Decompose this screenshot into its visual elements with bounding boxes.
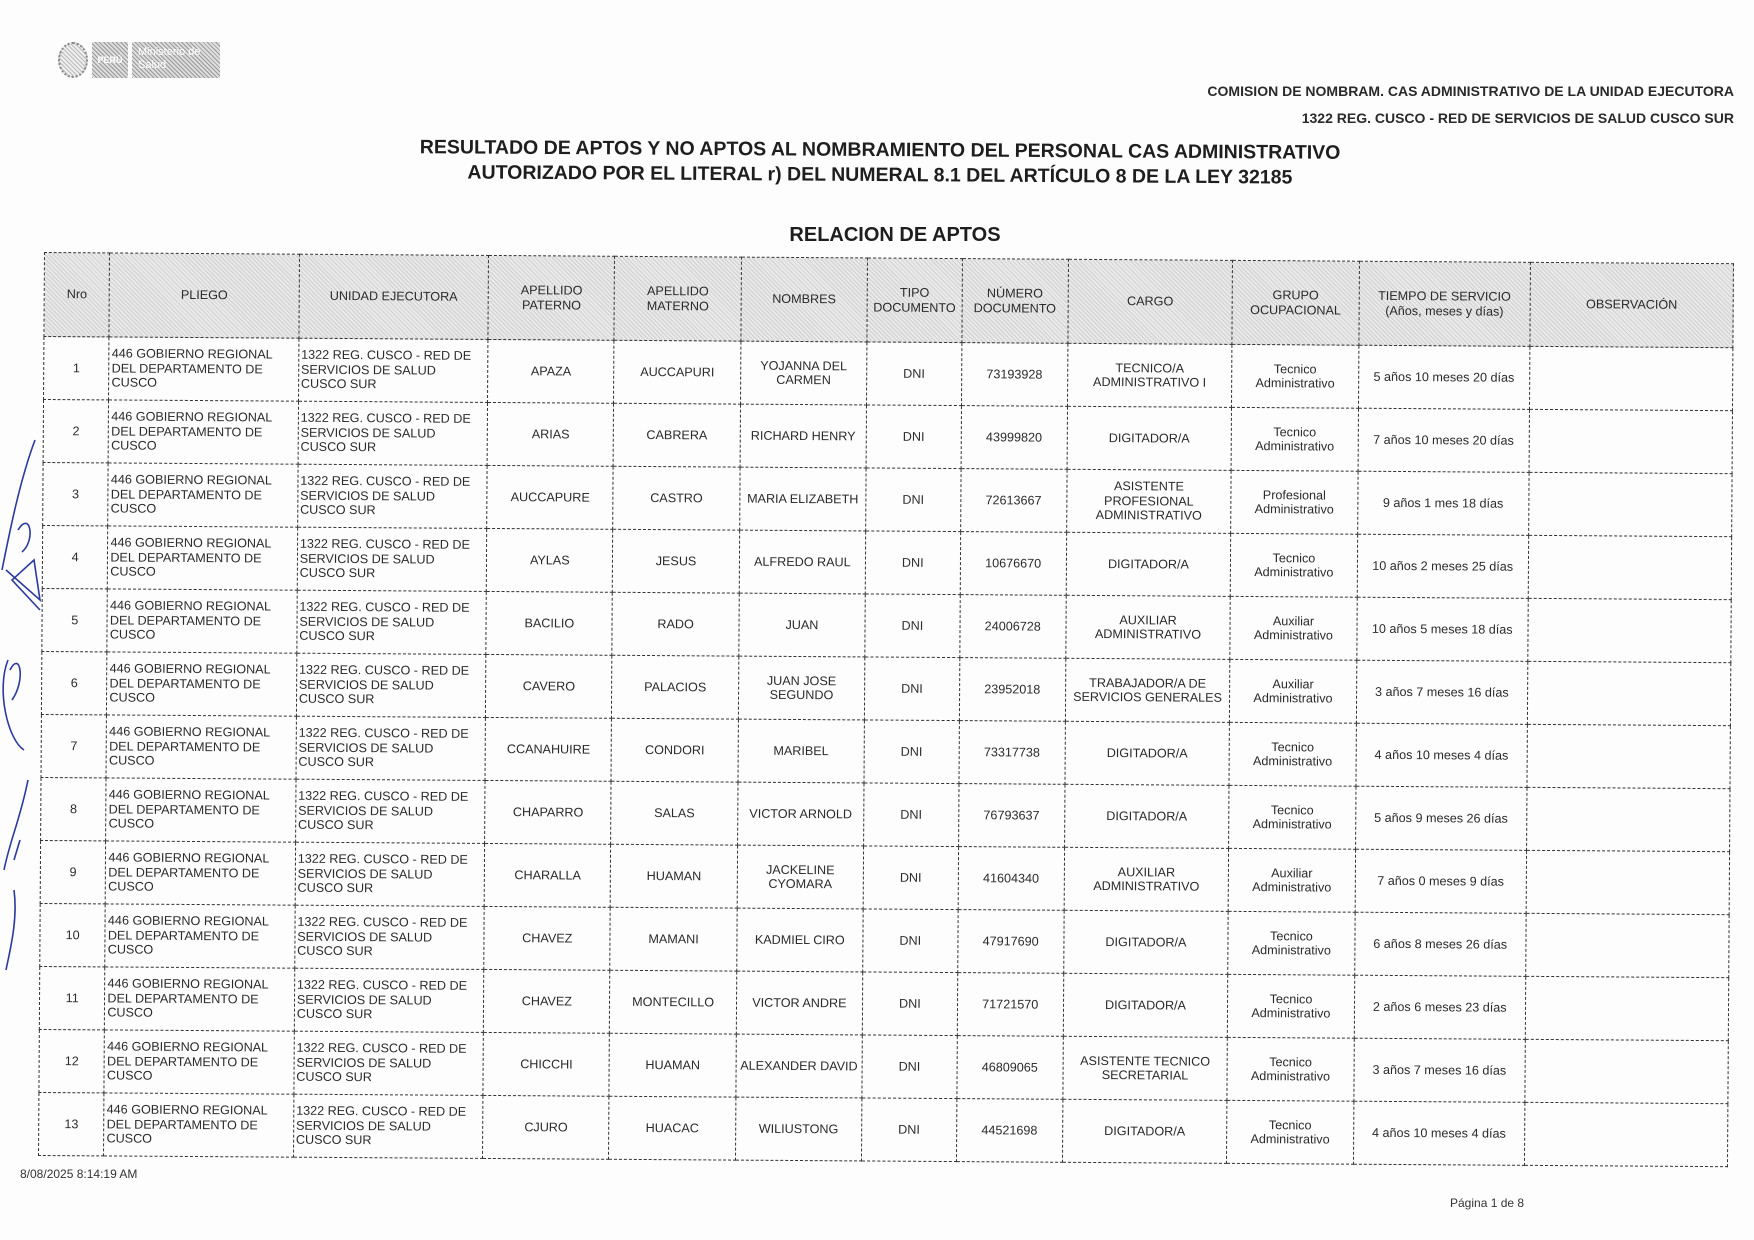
table-cell xyxy=(1527,787,1730,851)
table-cell: MONTECILLO xyxy=(610,970,737,1034)
table-cell: CHICCHI xyxy=(483,1032,610,1096)
table-cell: Auxiliar Administrativo xyxy=(1230,659,1357,723)
table-cell xyxy=(1526,850,1729,914)
table-cell: RADO xyxy=(612,592,739,656)
table-cell: CJURO xyxy=(483,1095,610,1159)
coat-of-arms-icon xyxy=(58,42,88,78)
table-header-row: NroPLIEGOUNIDAD EJECUTORAAPELLIDO PATERN… xyxy=(44,253,1734,348)
table-cell: CHAPARRO xyxy=(485,780,612,844)
table-cell: DNI xyxy=(862,972,957,1036)
column-header: CARGO xyxy=(1068,259,1233,344)
table-cell: 7 años 0 meses 9 días xyxy=(1355,849,1527,913)
table-cell: TECNICO/A ADMINISTRATIVO I xyxy=(1067,343,1232,407)
table-cell: 10 xyxy=(40,903,106,966)
table-cell: 10 años 5 meses 18 días xyxy=(1356,597,1528,661)
table-cell: 1322 REG. CUSCO - RED DE SERVICIOS DE SA… xyxy=(298,338,488,402)
table-cell: 76793637 xyxy=(958,784,1064,848)
column-header: OBSERVACIÓN xyxy=(1530,262,1734,347)
table-cell xyxy=(1525,1039,1728,1103)
table-cell: 5 años 10 meses 20 días xyxy=(1358,345,1530,409)
print-timestamp: 8/08/2025 8:14:19 AM xyxy=(20,1167,137,1181)
column-header: Nro xyxy=(44,253,110,337)
commission-line-1: COMISION DE NOMBRAM. CAS ADMINISTRATIVO … xyxy=(1207,78,1734,105)
table-cell: MAMANI xyxy=(610,907,737,971)
table-cell: 446 GOBIERNO REGIONAL DEL DEPARTAMENTO D… xyxy=(109,337,299,401)
table-cell: 3 xyxy=(43,462,109,525)
table-cell: CHARALLA xyxy=(484,843,611,907)
table-row: 9446 GOBIERNO REGIONAL DEL DEPARTAMENTO … xyxy=(40,840,1729,914)
column-header: GRUPO OCUPACIONAL xyxy=(1232,260,1359,345)
table-cell: 446 GOBIERNO REGIONAL DEL DEPARTAMENTO D… xyxy=(107,652,297,716)
table-cell: MARIBEL xyxy=(738,719,865,783)
table-cell: 2 años 6 meses 23 días xyxy=(1354,975,1526,1039)
table-cell: JUAN xyxy=(739,593,866,657)
table-cell: 446 GOBIERNO REGIONAL DEL DEPARTAMENTO D… xyxy=(106,841,296,905)
table-cell: Tecnico Administrativo xyxy=(1229,722,1356,786)
column-header: PLIEGO xyxy=(109,253,299,338)
table-cell: 1322 REG. CUSCO - RED DE SERVICIOS DE SA… xyxy=(295,842,485,906)
table-cell: ALFREDO RAUL xyxy=(739,530,866,594)
table-cell: ASISTENTE TECNICO SECRETARIAL xyxy=(1063,1036,1228,1100)
table-cell: 446 GOBIERNO REGIONAL DEL DEPARTAMENTO D… xyxy=(104,1030,294,1094)
section-subtitle: RELACION DE APTOS xyxy=(0,224,1754,247)
table-cell: 73193928 xyxy=(961,343,1067,407)
table-cell: 47917690 xyxy=(957,910,1063,974)
table-cell: DNI xyxy=(863,846,958,910)
column-header: APELLIDO MATERNO xyxy=(614,256,741,341)
table-row: 1446 GOBIERNO REGIONAL DEL DEPARTAMENTO … xyxy=(44,337,1733,411)
table-cell: 3 años 7 meses 16 días xyxy=(1356,660,1528,724)
table-cell xyxy=(1525,976,1728,1040)
table-cell: 5 xyxy=(42,588,108,651)
table-cell: DNI xyxy=(865,594,960,658)
table-cell: 4 años 10 meses 4 días xyxy=(1353,1101,1525,1165)
table-cell: 13 xyxy=(39,1092,105,1155)
table-cell: PALACIOS xyxy=(612,655,739,719)
table-cell xyxy=(1527,724,1730,788)
table-cell: 6 xyxy=(41,651,107,714)
table-cell: KADMIEL CIRO xyxy=(736,908,863,972)
table-cell: 10 años 2 meses 25 días xyxy=(1357,534,1529,598)
table-cell: AUCCAPURI xyxy=(614,340,741,404)
table-cell: HUAMAN xyxy=(609,1033,736,1097)
table-cell: Profesional Administrativo xyxy=(1231,470,1358,534)
column-header: NÚMERO DOCUMENTO xyxy=(962,259,1069,344)
logo-country: PERÚ xyxy=(92,42,128,78)
title-line-2: AUTORIZADO POR EL LITERAL r) DEL NUMERAL… xyxy=(330,160,1430,192)
table-body: 1446 GOBIERNO REGIONAL DEL DEPARTAMENTO … xyxy=(39,337,1733,1167)
commission-header: COMISION DE NOMBRAM. CAS ADMINISTRATIVO … xyxy=(1207,78,1734,132)
table-cell: AYLAS xyxy=(486,528,613,592)
table-cell: 6 años 8 meses 26 días xyxy=(1354,912,1526,976)
column-header: UNIDAD EJECUTORA xyxy=(299,254,489,339)
table-cell: 8 xyxy=(41,777,107,840)
column-header: APELLIDO PATERNO xyxy=(488,255,615,340)
logo-ministry: Ministerio de Salud xyxy=(132,42,220,78)
table-cell xyxy=(1524,1102,1727,1166)
table-cell: DIGITADOR/A xyxy=(1063,910,1228,974)
table-cell: 3 años 7 meses 16 días xyxy=(1353,1038,1525,1102)
page-number: Página 1 de 8 xyxy=(1450,1196,1524,1210)
table-cell: CHAVEZ xyxy=(484,969,611,1033)
column-header: NOMBRES xyxy=(741,257,868,342)
table-cell: Tecnico Administrativo xyxy=(1229,785,1356,849)
table-cell: DIGITADOR/A xyxy=(1066,532,1231,596)
table-row: 6446 GOBIERNO REGIONAL DEL DEPARTAMENTO … xyxy=(41,651,1730,725)
table-cell: DNI xyxy=(864,657,959,721)
table-cell: CCANAHUIRE xyxy=(485,717,612,781)
table-cell: 1322 REG. CUSCO - RED DE SERVICIOS DE SA… xyxy=(293,1094,483,1158)
table-cell: 9 xyxy=(40,840,106,903)
table-cell xyxy=(1527,661,1730,725)
table-cell: DNI xyxy=(863,909,958,973)
table-cell: DIGITADOR/A xyxy=(1067,406,1232,470)
table-cell: 446 GOBIERNO REGIONAL DEL DEPARTAMENTO D… xyxy=(107,589,297,653)
table-cell: JUAN JOSE SEGUNDO xyxy=(738,656,865,720)
table-cell: 1322 REG. CUSCO - RED DE SERVICIOS DE SA… xyxy=(295,905,485,969)
table-cell: 1322 REG. CUSCO - RED DE SERVICIOS DE SA… xyxy=(297,527,487,591)
table-cell: 24006728 xyxy=(960,595,1066,659)
table-cell: CHAVEZ xyxy=(484,906,611,970)
table-cell: 43999820 xyxy=(961,406,1067,470)
table-cell: Tecnico Administrativo xyxy=(1227,1037,1354,1101)
table-cell: DNI xyxy=(861,1098,956,1162)
table-cell: Auxiliar Administrativo xyxy=(1228,848,1355,912)
table-cell: 7 xyxy=(41,714,107,777)
table-cell: JESUS xyxy=(613,529,740,593)
table-cell: Tecnico Administrativo xyxy=(1228,974,1355,1038)
table-cell: 71721570 xyxy=(957,973,1063,1037)
table-cell: ASISTENTE PROFESIONAL ADMINISTRATIVO xyxy=(1066,469,1231,533)
table-cell: VICTOR ARNOLD xyxy=(737,782,864,846)
table-cell: 1322 REG. CUSCO - RED DE SERVICIOS DE SA… xyxy=(295,779,485,843)
table-row: 10446 GOBIERNO REGIONAL DEL DEPARTAMENTO… xyxy=(40,903,1729,977)
table-cell xyxy=(1529,346,1732,410)
table-cell: AUCCAPURE xyxy=(487,465,614,529)
table-cell: DNI xyxy=(864,783,959,847)
table-cell: 9 años 1 mes 18 días xyxy=(1357,471,1529,535)
table-cell: BACILIO xyxy=(486,591,613,655)
table-row: 11446 GOBIERNO REGIONAL DEL DEPARTAMENTO… xyxy=(39,966,1728,1040)
table-row: 3446 GOBIERNO REGIONAL DEL DEPARTAMENTO … xyxy=(43,462,1732,536)
table-cell: 1322 REG. CUSCO - RED DE SERVICIOS DE SA… xyxy=(296,716,486,780)
table-cell: APAZA xyxy=(488,339,615,403)
apt-list-table: NroPLIEGOUNIDAD EJECUTORAAPELLIDO PATERN… xyxy=(38,252,1734,1167)
table-cell: VICTOR ANDRE xyxy=(736,971,863,1035)
table-cell: CAVERO xyxy=(486,654,613,718)
commission-line-2: 1322 REG. CUSCO - RED DE SERVICIOS DE SA… xyxy=(1207,105,1734,132)
table-cell xyxy=(1528,598,1731,662)
table-cell: CABRERA xyxy=(614,403,741,467)
table-cell: DIGITADOR/A xyxy=(1065,721,1230,785)
table-cell: SALAS xyxy=(611,781,738,845)
table-cell: 7 años 10 meses 20 días xyxy=(1358,408,1530,472)
table-cell: Tecnico Administrativo xyxy=(1231,533,1358,597)
table-cell: 1322 REG. CUSCO - RED DE SERVICIOS DE SA… xyxy=(297,590,487,654)
table-cell xyxy=(1529,409,1732,473)
table-cell: DNI xyxy=(865,531,960,595)
document-title: RESULTADO DE APTOS Y NO APTOS AL NOMBRAM… xyxy=(330,135,1430,192)
table-cell: ARIAS xyxy=(487,402,614,466)
table-cell: JACKELINE CYOMARA xyxy=(737,845,864,909)
table-cell: 41604340 xyxy=(958,847,1064,911)
table-cell: 1322 REG. CUSCO - RED DE SERVICIOS DE SA… xyxy=(294,1031,484,1095)
table-cell: 446 GOBIERNO REGIONAL DEL DEPARTAMENTO D… xyxy=(106,778,296,842)
table-cell: HUAMAN xyxy=(611,844,738,908)
table-cell: DIGITADOR/A xyxy=(1064,784,1229,848)
table-cell xyxy=(1529,472,1732,536)
table-cell: Tecnico Administrativo xyxy=(1231,407,1358,471)
table-cell: CONDORI xyxy=(611,718,738,782)
document-page: PERÚ Ministerio de Salud COMISION DE NOM… xyxy=(0,0,1754,1240)
table-cell: 446 GOBIERNO REGIONAL DEL DEPARTAMENTO D… xyxy=(108,463,298,527)
table-row: 2446 GOBIERNO REGIONAL DEL DEPARTAMENTO … xyxy=(43,400,1732,474)
table-cell: 446 GOBIERNO REGIONAL DEL DEPARTAMENTO D… xyxy=(105,904,295,968)
table-cell: CASTRO xyxy=(613,466,740,530)
table-cell: 446 GOBIERNO REGIONAL DEL DEPARTAMENTO D… xyxy=(104,1093,294,1157)
table-cell: TRABAJADOR/A DE SERVICIOS GENERALES xyxy=(1065,658,1230,722)
table-cell: 1322 REG. CUSCO - RED DE SERVICIOS DE SA… xyxy=(297,464,487,528)
table-cell: 4 xyxy=(42,525,108,588)
ministry-logo: PERÚ Ministerio de Salud xyxy=(58,42,220,78)
table-cell: Tecnico Administrativo xyxy=(1232,344,1359,408)
table-row: 12446 GOBIERNO REGIONAL DEL DEPARTAMENTO… xyxy=(39,1029,1728,1103)
table-cell: 4 años 10 meses 4 días xyxy=(1356,723,1528,787)
table-cell: 1 xyxy=(44,337,110,400)
table-cell: HUACAC xyxy=(609,1096,736,1160)
table-cell xyxy=(1526,913,1729,977)
table-cell: RICHARD HENRY xyxy=(740,404,867,468)
table-cell: 446 GOBIERNO REGIONAL DEL DEPARTAMENTO D… xyxy=(105,967,295,1031)
table-cell: 73317738 xyxy=(959,721,1065,785)
table-cell: 23952018 xyxy=(959,658,1065,722)
table-cell: 72613667 xyxy=(960,469,1066,533)
table-cell: Tecnico Administrativo xyxy=(1227,1100,1354,1164)
table-cell: AUXILIAR ADMINISTRATIVO xyxy=(1066,595,1231,659)
table-cell: DNI xyxy=(867,342,962,406)
table-row: 7446 GOBIERNO REGIONAL DEL DEPARTAMENTO … xyxy=(41,714,1730,788)
table-cell: AUXILIAR ADMINISTRATIVO xyxy=(1064,847,1229,911)
table-cell: 446 GOBIERNO REGIONAL DEL DEPARTAMENTO D… xyxy=(108,400,298,464)
table-cell: 446 GOBIERNO REGIONAL DEL DEPARTAMENTO D… xyxy=(106,715,296,779)
table-cell: DNI xyxy=(862,1035,957,1099)
table-cell: WILIUSTONG xyxy=(735,1097,862,1161)
table-cell: DNI xyxy=(866,405,961,469)
table-cell: 1322 REG. CUSCO - RED DE SERVICIOS DE SA… xyxy=(294,968,484,1032)
column-header: TIPO DOCUMENTO xyxy=(867,258,962,343)
table-cell: 2 xyxy=(43,400,109,463)
table-row: 13446 GOBIERNO REGIONAL DEL DEPARTAMENTO… xyxy=(39,1092,1728,1166)
table-cell: DIGITADOR/A xyxy=(1062,1099,1227,1163)
table-cell: DNI xyxy=(866,468,961,532)
table-cell: 10676670 xyxy=(960,532,1066,596)
table-row: 5446 GOBIERNO REGIONAL DEL DEPARTAMENTO … xyxy=(42,588,1731,662)
table-cell: YOJANNA DEL CARMEN xyxy=(740,341,867,405)
table-cell: Tecnico Administrativo xyxy=(1228,911,1355,975)
table-cell: 46809065 xyxy=(957,1036,1063,1100)
table-cell: 5 años 9 meses 26 días xyxy=(1355,786,1527,850)
table-cell: 12 xyxy=(39,1029,105,1092)
table-cell: 44521698 xyxy=(956,1099,1062,1163)
table-cell: Auxiliar Administrativo xyxy=(1230,596,1357,660)
table-row: 8446 GOBIERNO REGIONAL DEL DEPARTAMENTO … xyxy=(41,777,1730,851)
table-cell: ALEXANDER DAVID xyxy=(736,1034,863,1098)
table-cell: MARIA ELIZABETH xyxy=(739,467,866,531)
table-cell: DNI xyxy=(864,720,959,784)
table-row: 4446 GOBIERNO REGIONAL DEL DEPARTAMENTO … xyxy=(42,525,1731,599)
table-cell: 11 xyxy=(39,966,105,1029)
table-cell: 1322 REG. CUSCO - RED DE SERVICIOS DE SA… xyxy=(298,401,488,465)
table-cell: 1322 REG. CUSCO - RED DE SERVICIOS DE SA… xyxy=(296,653,486,717)
table-cell: 446 GOBIERNO REGIONAL DEL DEPARTAMENTO D… xyxy=(108,526,298,590)
table-cell: DIGITADOR/A xyxy=(1063,973,1228,1037)
table-cell xyxy=(1528,535,1731,599)
column-header: TIEMPO DE SERVICIO (Años, meses y días) xyxy=(1358,261,1530,346)
